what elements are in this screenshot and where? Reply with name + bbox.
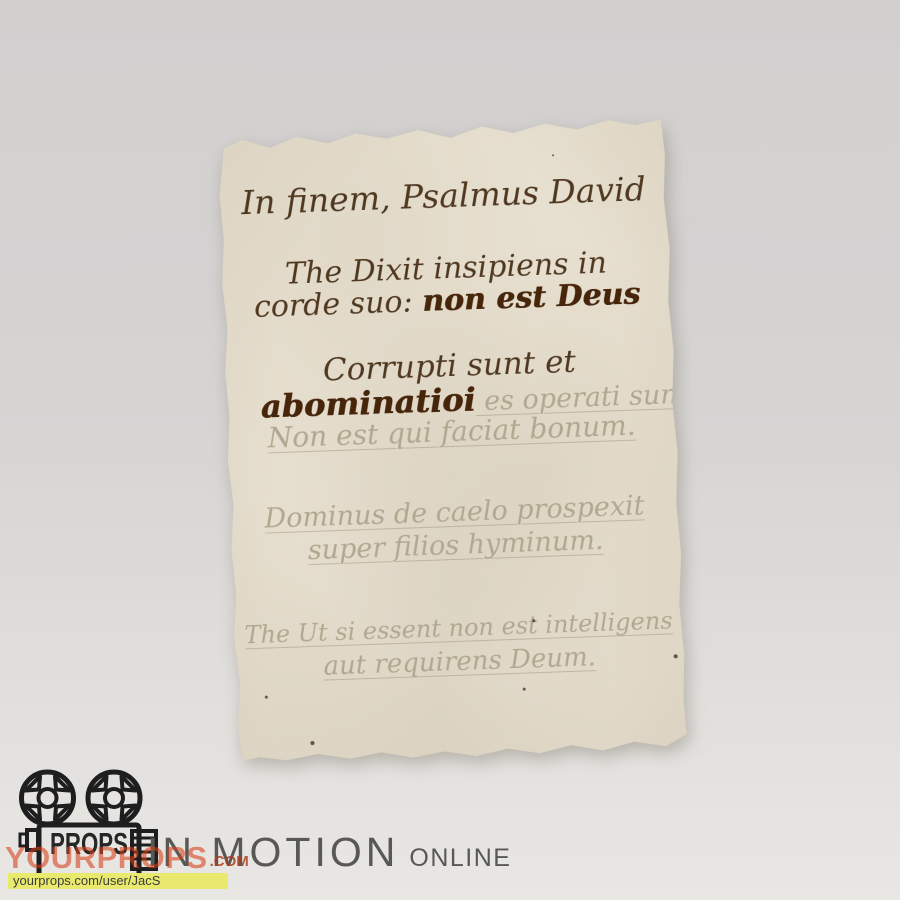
prop-photo: In finem, Psalmus DavidThe Dixit insipie… xyxy=(0,0,900,900)
manuscript-text-segment: non est Deus xyxy=(421,276,640,319)
paper-speck xyxy=(552,154,554,156)
paper-speck xyxy=(619,294,621,296)
paper-speck xyxy=(387,766,390,769)
film-reel-icon xyxy=(22,772,74,824)
online-text: ONLINE xyxy=(409,844,511,872)
manuscript-lines: In finem, Psalmus DavidThe Dixit insipie… xyxy=(215,116,667,132)
manuscript-text-segment: corde suo: xyxy=(253,284,422,325)
manuscript-paper: In finem, Psalmus DavidThe Dixit insipie… xyxy=(215,116,689,765)
manuscript-text-segment: aut requirens Deum. xyxy=(323,642,596,681)
paper-speck xyxy=(523,688,526,691)
manuscript-line: In finem, Psalmus David xyxy=(217,168,670,223)
yourprops-com-text: .COM xyxy=(210,853,249,870)
parchment-sheet: In finem, Psalmus DavidThe Dixit insipie… xyxy=(215,116,689,765)
paper-speck xyxy=(532,619,535,622)
paper-speck xyxy=(310,741,314,745)
yourprops-watermark: YOURPROPS.COM xyxy=(5,840,247,876)
user-profile-url: yourprops.com/user/JacS xyxy=(8,873,228,889)
paper-specks xyxy=(215,116,667,132)
yourprops-watermark-text: YOURPROPS xyxy=(5,840,208,875)
film-reel-icon xyxy=(88,772,140,824)
manuscript-text-segment: In finem, Psalmus David xyxy=(240,169,646,222)
paper-speck xyxy=(265,696,268,699)
